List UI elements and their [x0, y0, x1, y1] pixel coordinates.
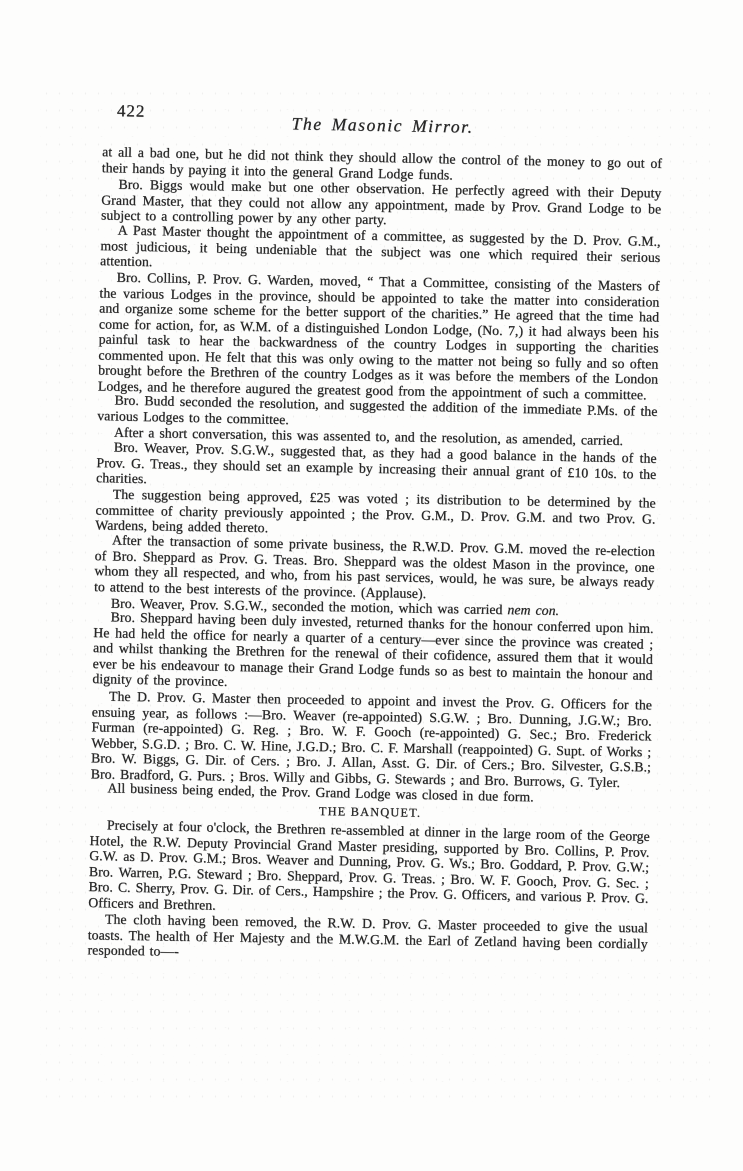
article-body: at all a bad one, but he did not think t…	[87, 145, 662, 968]
scanned-page: 422 The Masonic Mirror. at all a bad one…	[87, 99, 663, 968]
paragraph: The cloth having been removed, the R.W. …	[87, 911, 648, 967]
paragraph: Bro. Collins, P. Prov. G. Warden, moved,…	[98, 269, 660, 402]
paragraph: Precisely at four o'clock, the Brethren …	[88, 817, 650, 922]
journal-title: The Masonic Mirror.	[103, 110, 663, 141]
paragraph: Bro. Sheppard having been duly invested,…	[92, 609, 654, 698]
paragraph: The D. Prov. G. Master then proceeded to…	[91, 688, 652, 790]
paragraph: After the transaction of some private bu…	[94, 532, 655, 606]
latin-phrase: nem con.	[507, 602, 559, 618]
